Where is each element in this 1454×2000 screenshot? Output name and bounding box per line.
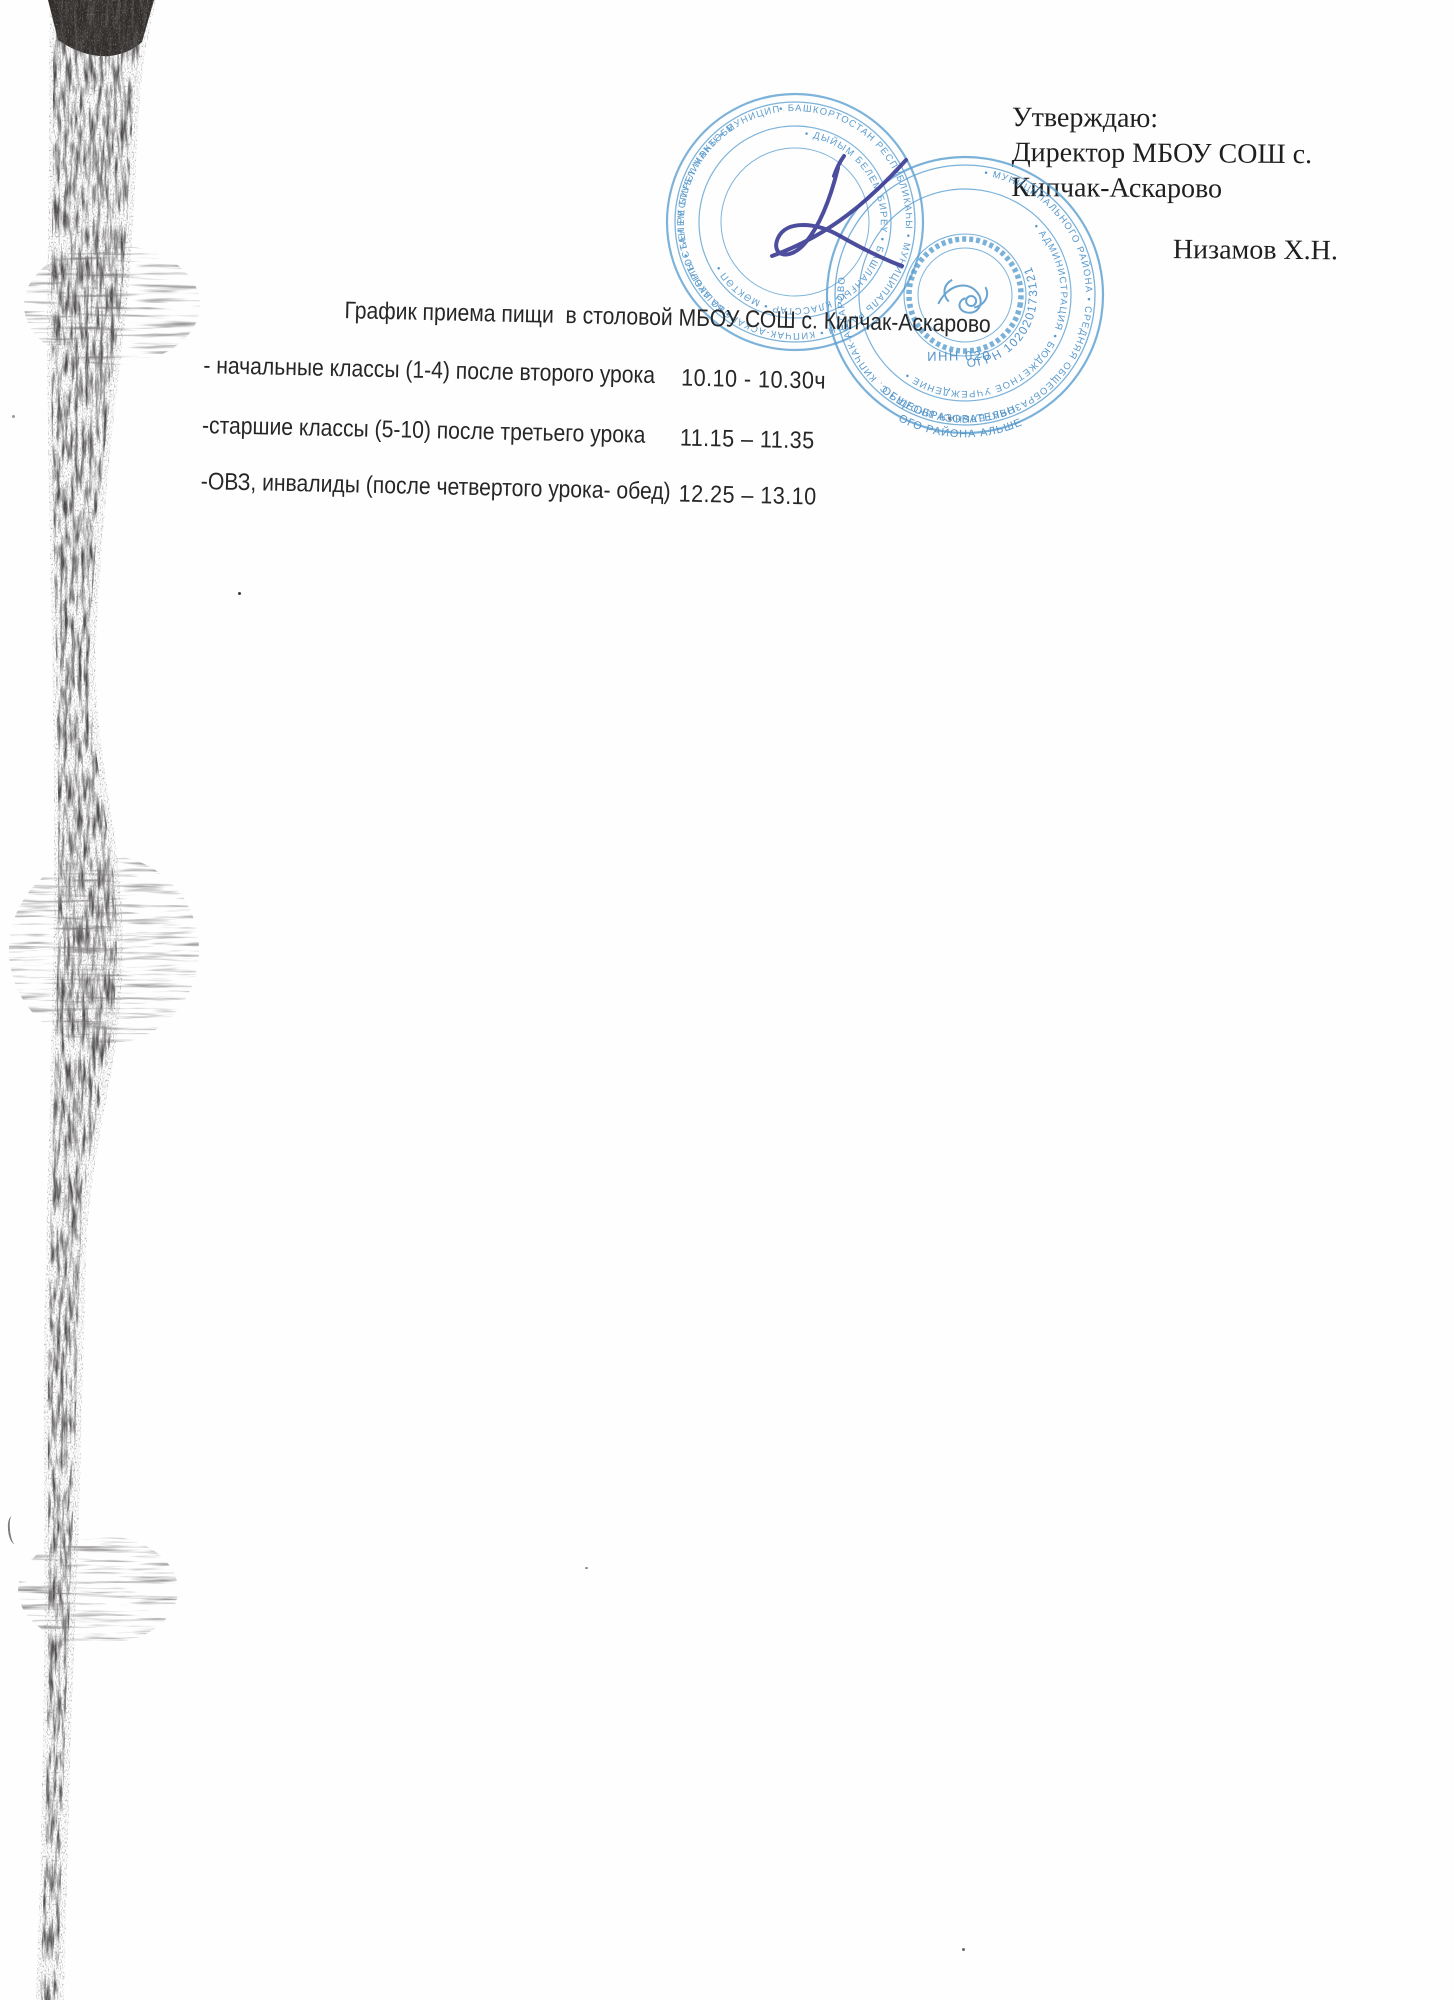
- stamp-a-ring-text-2: • БАШКОРТОСТАН РЕСПУБЛИКАҺЫ • МУНИЦИПАЛЬ…: [620, 60, 809, 333]
- scan-speck: [12, 415, 15, 418]
- band-smear-1: [24, 245, 200, 365]
- schedule-label: -ОВЗ, инвалиды (после четвертого урока- …: [201, 468, 671, 506]
- content-block: График приема пищи в столовой МБОУ СОШ с…: [194, 290, 1349, 575]
- band-smear-3: [18, 1535, 178, 1645]
- schedule-time: 10.10 - 10.30ч: [681, 365, 826, 396]
- scan-speck: [585, 1567, 588, 1569]
- svg-text:• БАШКОРТОСТАН РЕСПУБЛИКАҺЫ •: • БАШКОРТОСТАН РЕСПУБЛИКАҺЫ • МУНИЦИПАЛЬ…: [620, 60, 809, 333]
- scan-speck: [238, 592, 241, 595]
- scan-speck: [962, 1948, 965, 1951]
- schedule-label: - начальные классы (1-4) после второго у…: [203, 352, 655, 390]
- schedule-label: -старшие классы (5-10) после третьего ур…: [202, 412, 646, 450]
- band-smear-2: [9, 855, 199, 1045]
- schedule-time: 12.25 – 13.10: [678, 480, 817, 511]
- schedule-row: -ОВЗ, инвалиды (после четвертого урока- …: [195, 468, 1345, 527]
- schedule-time: 11.15 – 11.35: [680, 425, 815, 456]
- scan-artifact-band: [0, 0, 210, 2000]
- schedule-row: -старшие классы (5-10) после третьего ур…: [197, 412, 1347, 471]
- schedule-row: - начальные классы (1-4) после второго у…: [198, 352, 1348, 411]
- scanned-document-page: Утверждаю: Директор МБОУ СОШ с. Кипчак-А…: [0, 0, 1454, 2000]
- scan-speck: [948, 417, 951, 420]
